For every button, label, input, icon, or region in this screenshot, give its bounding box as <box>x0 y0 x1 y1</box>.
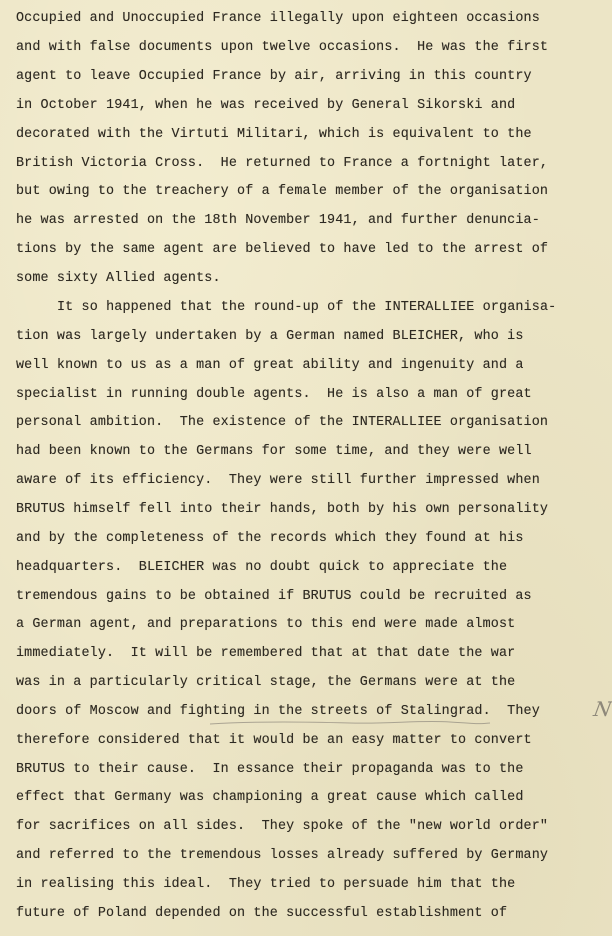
text-line: Occupied and Unoccupied France illegally… <box>16 11 540 27</box>
text-line: tion was largely undertaken by a German … <box>16 329 524 345</box>
text-line: immediately. It will be remembered that … <box>16 646 515 662</box>
text-line-indented: It so happened that the round-up of the … <box>57 300 556 316</box>
text-line: headquarters. BLEICHER was no doubt quic… <box>16 560 507 576</box>
text-line: effect that Germany was championing a gr… <box>16 790 524 806</box>
document-page: Occupied and Unoccupied France illegally… <box>0 0 612 936</box>
pencil-underline-mark <box>200 718 500 728</box>
text-line: specialist in running double agents. He … <box>16 387 532 403</box>
text-line: some sixty Allied agents. <box>16 271 221 287</box>
text-line: but owing to the treachery of a female m… <box>16 184 548 200</box>
text-line: in realising this ideal. They tried to p… <box>16 877 515 893</box>
text-line: had been known to the Germans for some t… <box>16 444 532 460</box>
text-line: and by the completeness of the records w… <box>16 531 524 547</box>
text-line: British Victoria Cross. He returned to F… <box>16 156 548 172</box>
text-line: BRUTUS himself fell into their hands, bo… <box>16 502 548 518</box>
text-line: in October 1941, when he was received by… <box>16 98 515 114</box>
text-line: and with false documents upon twelve occ… <box>16 40 548 56</box>
text-line: personal ambition. The existence of the … <box>16 415 548 431</box>
margin-annotation: N <box>592 697 612 721</box>
text-line: tions by the same agent are believed to … <box>16 242 548 258</box>
text-line: was in a particularly critical stage, th… <box>16 675 515 691</box>
text-line: decorated with the Virtuti Militari, whi… <box>16 127 532 143</box>
text-line: therefore considered that it would be an… <box>16 733 532 749</box>
text-line: for sacrifices on all sides. They spoke … <box>16 819 548 835</box>
text-line: agent to leave Occupied France by air, a… <box>16 69 532 85</box>
text-line: BRUTUS to their cause. In essance their … <box>16 762 524 778</box>
text-line: future of Poland depended on the success… <box>16 906 507 922</box>
text-line: he was arrested on the 18th November 194… <box>16 213 540 229</box>
text-line: a German agent, and preparations to this… <box>16 617 515 633</box>
text-line: and referred to the tremendous losses al… <box>16 848 548 864</box>
text-line: aware of its efficiency. They were still… <box>16 473 540 489</box>
text-line: tremendous gains to be obtained if BRUTU… <box>16 589 532 605</box>
text-line: well known to us as a man of great abili… <box>16 358 524 374</box>
